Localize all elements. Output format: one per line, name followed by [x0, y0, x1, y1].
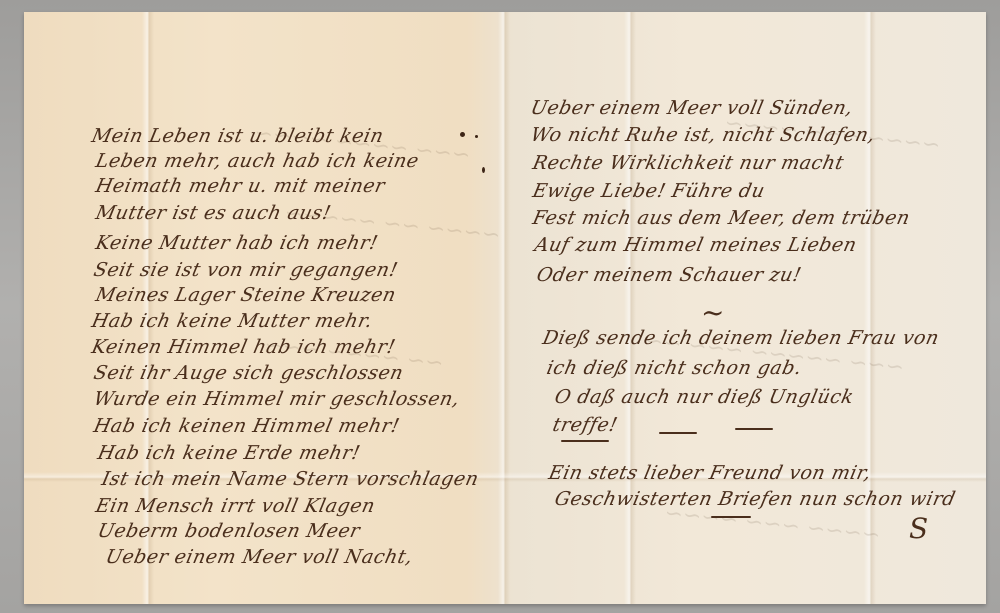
manuscript-line: Mein Leben ist u. bleibt kein	[90, 125, 386, 147]
manuscript-line: Ueber einem Meer voll Sünden,	[529, 97, 855, 119]
flourish-mark: ~	[701, 296, 724, 329]
underline-mark	[711, 516, 751, 518]
manuscript-line: Heimath mehr u. mit meiner	[94, 175, 387, 197]
ink-spot	[475, 135, 478, 138]
manuscript-line: Mutter ist es auch aus!	[94, 202, 333, 224]
manuscript-line: Seit sie ist von mir gegangen!	[92, 259, 400, 281]
postscript-line: Ein stets lieber Freund von mir,	[547, 462, 874, 484]
manuscript-line: Ist ich mein Name Stern vorschlagen	[100, 468, 481, 490]
manuscript-line: Ein Mensch irrt voll Klagen	[94, 495, 378, 517]
signature-mark: S	[909, 512, 928, 545]
manuscript-line: Leben mehr, auch hab ich keine	[94, 150, 421, 172]
manuscript-line: Wurde ein Himmel mir geschlossen,	[92, 388, 462, 410]
left-page: Mein Leben ist u. bleibt kein Leben mehr…	[24, 12, 504, 604]
manuscript-sheet: ~~~ ~~~~ ~~~~ ~~~~ ~~ ~~~~~ ~~ ~~~~ ~~~ …	[24, 12, 986, 604]
manuscript-line: Oder meinem Schauer zu!	[535, 264, 804, 286]
manuscript-line: Hab ich keinen Himmel mehr!	[92, 415, 402, 437]
manuscript-line: Seit ihr Auge sich geschlossen	[92, 362, 406, 384]
manuscript-line: Keine Mutter hab ich mehr!	[94, 232, 381, 254]
dash-mark	[735, 428, 773, 430]
postscript-line: ich dieß nicht schon gab.	[545, 357, 804, 379]
manuscript-line: Ueberm bodenlosen Meer	[96, 520, 363, 542]
postscript-line: O daß auch nur dieß Unglück	[553, 386, 856, 408]
manuscript-line: Wo nicht Ruhe ist, nicht Schlafen,	[529, 124, 878, 146]
underline-mark	[561, 440, 609, 442]
postscript-line: Geschwisterten Briefen nun schon wird	[553, 488, 958, 510]
manuscript-line: Hab ich keine Mutter mehr.	[90, 310, 375, 332]
manuscript-line: Hab ich keine Erde mehr!	[96, 442, 363, 464]
manuscript-line: Rechte Wirklichkeit nur macht	[531, 152, 846, 174]
postscript-line: Dieß sende ich deinem lieben Frau von	[541, 327, 942, 349]
ink-spot	[482, 167, 485, 173]
right-page: Ueber einem Meer voll Sünden, Wo nicht R…	[509, 12, 986, 604]
dash-mark	[659, 432, 697, 434]
postscript-line: treffe!	[551, 414, 620, 436]
manuscript-line: Ewige Liebe! Führe du	[531, 180, 767, 202]
manuscript-line: Auf zum Himmel meines Lieben	[533, 234, 859, 256]
manuscript-line: Ueber einem Meer voll Nacht,	[104, 546, 415, 568]
ink-spot	[460, 132, 465, 137]
manuscript-line: Keinen Himmel hab ich mehr!	[90, 336, 398, 358]
manuscript-line: Meines Lager Steine Kreuzen	[94, 284, 398, 306]
manuscript-line: Fest mich aus dem Meer, dem trüben	[531, 207, 912, 229]
